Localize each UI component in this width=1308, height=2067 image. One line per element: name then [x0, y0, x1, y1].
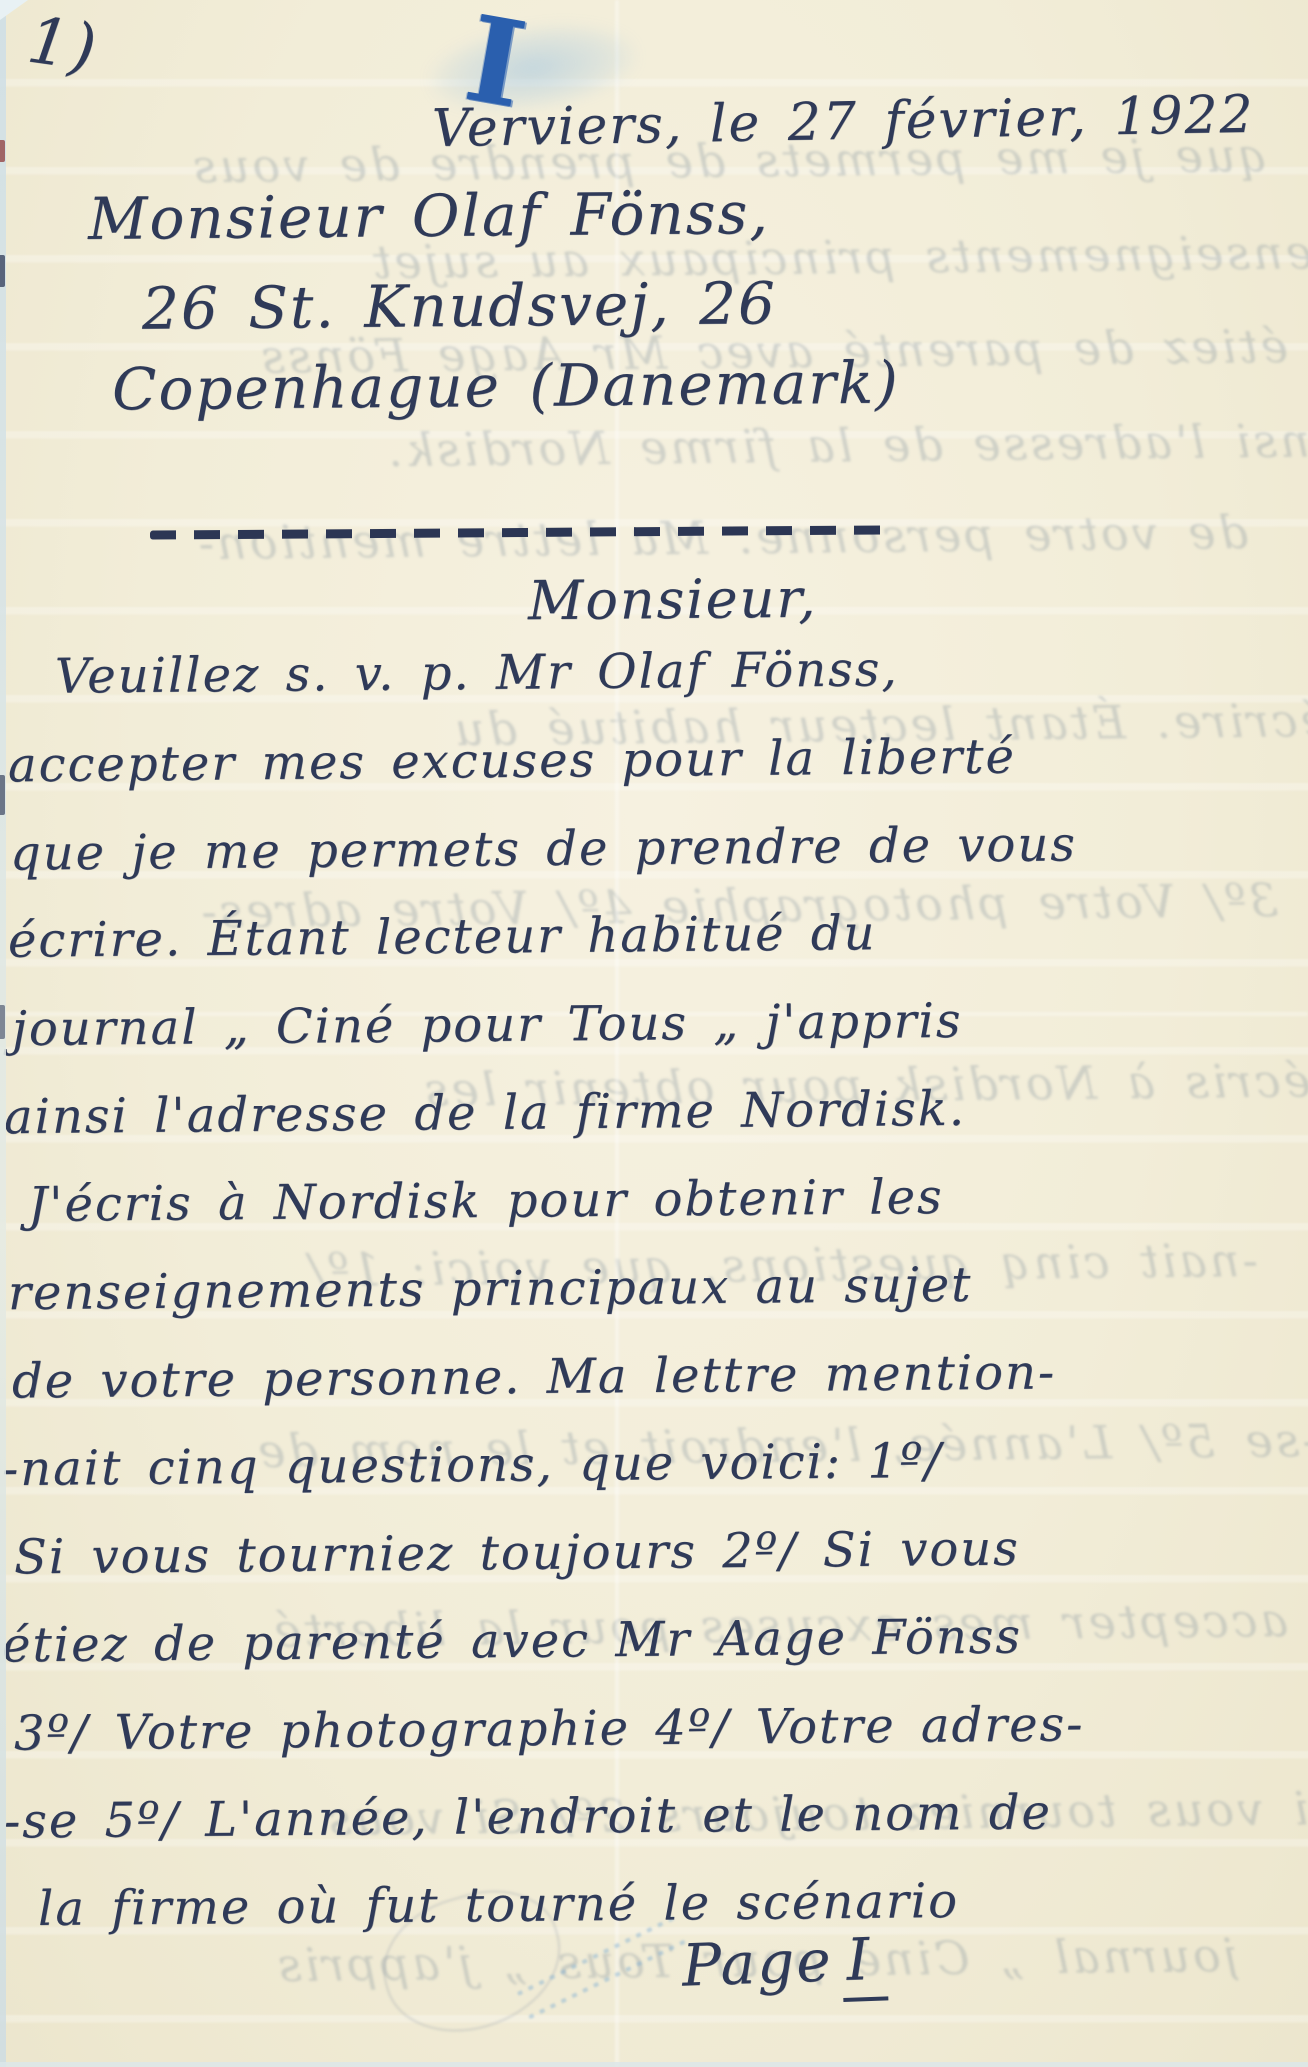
body-line: J'écris à Nordisk pour obtenir les: [28, 1169, 944, 1233]
edge-ink-mark: [0, 775, 5, 815]
recipient-street: 26 St. Knudsvej, 26: [142, 269, 777, 343]
corner-annotation: 1): [23, 4, 102, 87]
recipient-name: Monsieur Olaf Fönss,: [88, 179, 770, 253]
body-line: Veuillez s. v. p. Mr Olaf Fönss,: [55, 641, 899, 704]
scanned-letter-page: que je me permets de prendre de vous ren…: [0, 0, 1308, 2067]
scan-corner-top-left: [0, 0, 28, 20]
body-line: 3º/ Votre photographie 4º/ Votre adres-: [14, 1696, 1085, 1761]
salutation: Monsieur,: [528, 567, 818, 633]
body-line: de votre personne. Ma lettre mention-: [12, 1344, 1057, 1409]
body-line: -se 5º/ L'année, l'endroit et le nom de: [4, 1784, 1052, 1849]
edge-ink-mark: [0, 1005, 5, 1039]
body-line: renseignements principaux au sujet: [8, 1257, 973, 1321]
edge-red-mark: [0, 140, 5, 162]
body-line: accepter mes excuses pour la liberté: [8, 729, 1016, 794]
body-line: journal „ Ciné pour Tous „ j'appris: [12, 993, 963, 1057]
page-label: PageI: [681, 1924, 889, 1999]
page-label-numeral: I: [841, 1924, 889, 2002]
page-label-text: Page: [681, 1926, 834, 1999]
body-line: -nait cinq questions, que voici: 1º/: [2, 1433, 943, 1497]
body-line: écrire. Étant lecteur habitué du: [8, 905, 877, 969]
recipient-city: Copenhague (Danemark): [112, 349, 900, 424]
body-line: Si vous tourniez toujours 2º/ Si vous: [14, 1521, 1020, 1586]
bleedthrough-ghost-line: ainsi l'adresse de la firme Nordisk.: [50, 413, 1308, 481]
edge-ink-mark: [0, 255, 5, 287]
body-line: étiez de parenté avec Mr Aage Fönss: [2, 1609, 1022, 1674]
body-line: que je me permets de prendre de vous: [10, 816, 1077, 881]
scan-edge-bottom: [0, 2062, 1308, 2067]
body-line: ainsi l'adresse de la firme Nordisk.: [4, 1081, 967, 1145]
